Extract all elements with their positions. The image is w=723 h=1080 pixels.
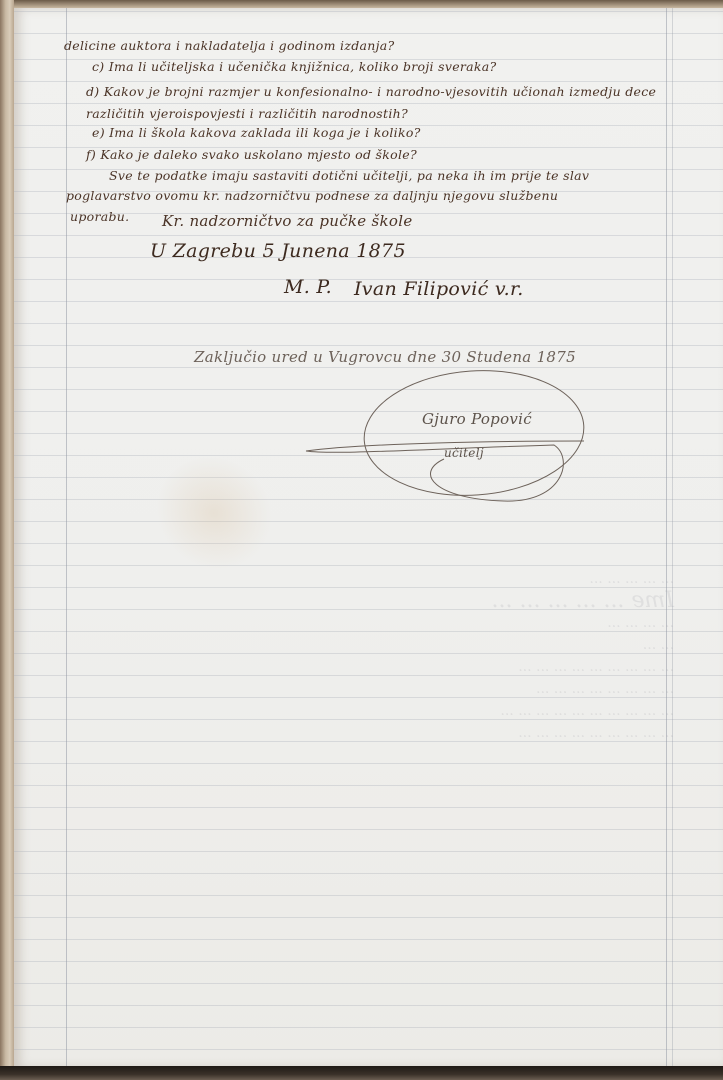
body-line-1: delicine auktora i nakladatelja i godino…	[64, 38, 395, 53]
signature-flourish-icon	[304, 363, 594, 513]
body-line-paragraph-1: Sve te podatke imaju sastaviti dotični u…	[109, 168, 589, 183]
signatory: Ivan Filipović v.r.	[354, 278, 524, 300]
body-line-item-d: d) Kakov je brojni razmjer u konfesional…	[86, 81, 686, 125]
bleed-line: ... ... ... ... ... ... ... ... ...	[74, 656, 674, 678]
body-line-item-e: e) Ima li škola kakova zaklada ili koga …	[92, 125, 421, 140]
place-and-date: U Zagrebu 5 Junena 1875	[150, 240, 406, 262]
book-edge-bottom	[0, 1066, 723, 1080]
issuing-authority: Kr. nadzorničtvo za pučke škole	[162, 212, 413, 230]
bleed-line: ... ... ... ...	[74, 612, 674, 634]
signature-name: Gjuro Popović	[422, 410, 532, 428]
body-line-paragraph-2: poglavarstvo ovomu kr. nadzorničtvu podn…	[66, 188, 558, 203]
seal-mark: M. P.	[284, 276, 332, 298]
bleed-line: ... ...	[74, 634, 674, 656]
bleed-line: ... ... ... ... ...	[74, 568, 674, 590]
body-line-paragraph-3: uporabu.	[70, 209, 129, 224]
bleed-line: ... ... ... ... ... ... ... ...	[74, 678, 674, 700]
book-binding-left	[0, 0, 14, 1080]
bleed-line: Ime ... ... ... ... ...	[74, 590, 674, 612]
bleed-line: ... ... ... ... ... ... ... ... ...	[74, 722, 674, 744]
body-line-item-c: c) Ima li učiteljska i učenička knjižnic…	[92, 59, 497, 74]
body-line-item-f: f) Kako je daleko svako uskolano mjesto …	[86, 147, 417, 162]
bleed-line: ... ... ... ... ... ... ... ... ... ...	[74, 700, 674, 722]
signature-title: učitelj	[444, 446, 484, 460]
bleed-through-text: ... ... ... ... ... Ime ... ... ... ... …	[74, 568, 674, 948]
ledger-page: ... ... ... ... ... Ime ... ... ... ... …	[14, 8, 723, 1068]
left-margin-rule	[66, 8, 67, 1068]
